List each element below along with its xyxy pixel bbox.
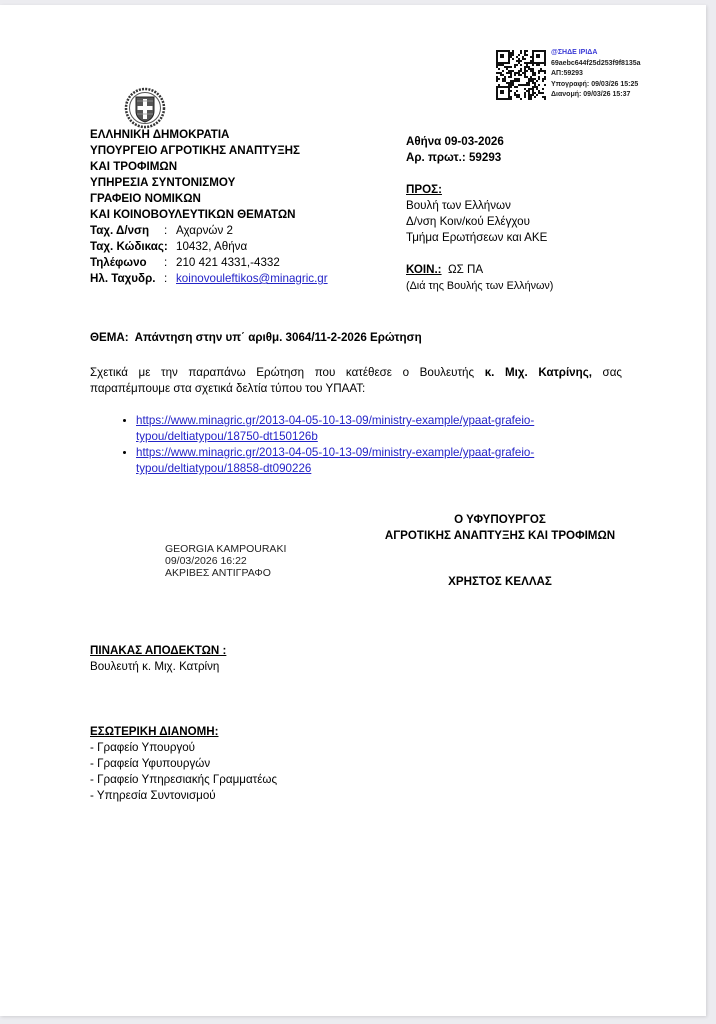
certifier-name: GEORGIA KAMPOURAKI bbox=[165, 543, 286, 555]
coat-of-arms-icon bbox=[124, 87, 166, 129]
signatory-block: Ο ΥΦΥΠΟΥΡΓΟΣ ΑΓΡΟΤΙΚΗΣ ΑΝΑΠΤΥΞΗΣ ΚΑΙ ΤΡΟ… bbox=[370, 512, 630, 590]
sender-line: ΥΠΗΡΕΣΙΑ ΣΥΝΤΟΝΙΣΜΟΥ bbox=[90, 175, 300, 191]
protocol-number: Αρ. πρωτ.: 59293 bbox=[406, 150, 553, 166]
to-line: Τμήμα Ερωτήσεων και ΑΚΕ bbox=[406, 230, 553, 246]
stamp-distributed: Διανομή: 09/03/26 15:37 bbox=[551, 90, 641, 101]
body-paragraph: Σχετικά με την παραπάνω Ερώτηση που κατέ… bbox=[90, 365, 622, 397]
certified-label: ΑΚΡΙΒΕΣ ΑΝΤΙΓΡΑΦΟ bbox=[165, 567, 286, 579]
stamp-signed: Υπογραφή: 09/03/26 15:25 bbox=[551, 80, 641, 91]
list-item: https://www.minagric.gr/2013-04-05-10-13… bbox=[136, 445, 606, 477]
cc-label: ΚΟΙΝ.: bbox=[406, 263, 442, 276]
recipients-block: ΠΙΝΑΚΑΣ ΑΠΟΔΕΚΤΩΝ : Βουλευτή κ. Μιχ. Κατ… bbox=[90, 643, 226, 675]
signatory-ministry: ΑΓΡΟΤΙΚΗΣ ΑΝΑΠΤΥΞΗΣ ΚΑΙ ΤΡΟΦΙΜΩΝ bbox=[370, 528, 630, 544]
distribution-item: - Γραφεία Υφυπουργών bbox=[90, 756, 277, 772]
stamp-protocol: ΑΠ:59293 bbox=[551, 69, 641, 80]
document-date: Αθήνα 09-03-2026 bbox=[406, 134, 553, 150]
certified-copy-stamp: GEORGIA KAMPOURAKI 09/03/2026 16:22 ΑΚΡΙ… bbox=[165, 543, 286, 579]
to-line: Βουλή των Ελλήνων bbox=[406, 198, 553, 214]
postcode-value: 10432, Αθήνα bbox=[176, 239, 247, 255]
phone-value: 210 421 4331,-4332 bbox=[176, 255, 280, 271]
phone-label: Τηλέφωνο bbox=[90, 256, 147, 269]
recipient-item: Βουλευτή κ. Μιχ. Κατρίνη bbox=[90, 659, 226, 675]
distribution-item: - Γραφείο Υπουργού bbox=[90, 740, 277, 756]
signatory-title: Ο ΥΦΥΠΟΥΡΓΟΣ bbox=[370, 512, 630, 528]
body-line-2: παραπέμπουμε στα σχετικά δελτία τύπου το… bbox=[90, 382, 365, 395]
document-page: @ΣΗΔΕ ΙΡΙΔΑ 69aebc644f25d253f9f8135a ΑΠ:… bbox=[0, 5, 706, 1016]
email-label: Ηλ. Ταχυδρ. bbox=[90, 272, 155, 285]
mp-name: κ. Μιχ. Κατρίνης, bbox=[485, 366, 592, 379]
sender-block: ΕΛΛΗΝΙΚΗ ΔΗΜΟΚΡΑΤΙΑ ΥΠΟΥΡΓΕΙΟ ΑΓΡΟΤΙΚΗΣ … bbox=[90, 127, 300, 223]
press-release-link-2[interactable]: https://www.minagric.gr/2013-04-05-10-13… bbox=[136, 446, 534, 475]
certified-datetime: 09/03/2026 16:22 bbox=[165, 555, 286, 567]
sender-line: ΕΛΛΗΝΙΚΗ ΔΗΜΟΚΡΑΤΙΑ bbox=[90, 127, 300, 143]
address-label: Ταχ. Δ/νση bbox=[90, 224, 149, 237]
contact-block: Ταχ. Δ/νση : Αχαρνών 2 Ταχ. Κώδικας: 104… bbox=[90, 223, 168, 287]
subject-text: Απάντηση στην υπ΄ αριθμ. 3064/11-2-2026 … bbox=[135, 331, 422, 344]
distribution-item: - Υπηρεσία Συντονισμού bbox=[90, 788, 277, 804]
meta-block: Αθήνα 09-03-2026 Αρ. πρωτ.: 59293 ΠΡΟΣ: … bbox=[406, 134, 553, 294]
sender-line: ΓΡΑΦΕΙΟ ΝΟΜΙΚΩΝ bbox=[90, 191, 300, 207]
address-value: Αχαρνών 2 bbox=[176, 223, 233, 239]
press-release-link-1[interactable]: https://www.minagric.gr/2013-04-05-10-13… bbox=[136, 414, 534, 443]
stamp-hash: 69aebc644f25d253f9f8135a bbox=[551, 59, 641, 70]
sender-line: ΚΑΙ ΤΡΟΦΙΜΩΝ bbox=[90, 159, 300, 175]
iris-stamp: @ΣΗΔΕ ΙΡΙΔΑ 69aebc644f25d253f9f8135a ΑΠ:… bbox=[551, 48, 641, 101]
signatory-name: ΧΡΗΣΤΟΣ ΚΕΛΛΑΣ bbox=[370, 574, 630, 590]
to-label: ΠΡΟΣ: bbox=[406, 182, 553, 198]
sender-line: ΚΑΙ ΚΟΙΝΟΒΟΥΛΕΥΤΙΚΩΝ ΘΕΜΑΤΩΝ bbox=[90, 207, 300, 223]
subject-label: ΘΕΜΑ: bbox=[90, 331, 129, 344]
subject-line: ΘΕΜΑ: Απάντηση στην υπ΄ αριθμ. 3064/11-2… bbox=[90, 330, 422, 346]
press-release-links: https://www.minagric.gr/2013-04-05-10-13… bbox=[100, 413, 606, 477]
list-item: https://www.minagric.gr/2013-04-05-10-13… bbox=[136, 413, 606, 445]
body-line-1: Σχετικά με την παραπάνω Ερώτηση που κατέ… bbox=[90, 365, 622, 381]
stamp-brand: @ΣΗΔΕ ΙΡΙΔΑ bbox=[551, 48, 641, 59]
internal-distribution-label: ΕΣΩΤΕΡΙΚΗ ΔΙΑΝΟΜΗ: bbox=[90, 724, 277, 740]
internal-distribution-block: ΕΣΩΤΕΡΙΚΗ ΔΙΑΝΟΜΗ: - Γραφείο Υπουργού - … bbox=[90, 724, 277, 804]
email-link[interactable]: koinovouleftikos@minagric.gr bbox=[176, 271, 328, 287]
recipients-label: ΠΙΝΑΚΑΣ ΑΠΟΔΕΚΤΩΝ : bbox=[90, 643, 226, 659]
distribution-item: - Γραφείο Υπηρεσιακής Γραμματέως bbox=[90, 772, 277, 788]
cc-note: (Διά της Βουλής των Ελλήνων) bbox=[406, 278, 553, 294]
sender-line: ΥΠΟΥΡΓΕΙΟ ΑΓΡΟΤΙΚΗΣ ΑΝΑΠΤΥΞΗΣ bbox=[90, 143, 300, 159]
postcode-label: Ταχ. Κώδικας: bbox=[90, 240, 168, 253]
qr-code-icon bbox=[496, 48, 546, 102]
to-line: Δ/νση Κοιν/κού Ελέγχου bbox=[406, 214, 553, 230]
cc-value: ΩΣ ΠΑ bbox=[448, 263, 483, 276]
